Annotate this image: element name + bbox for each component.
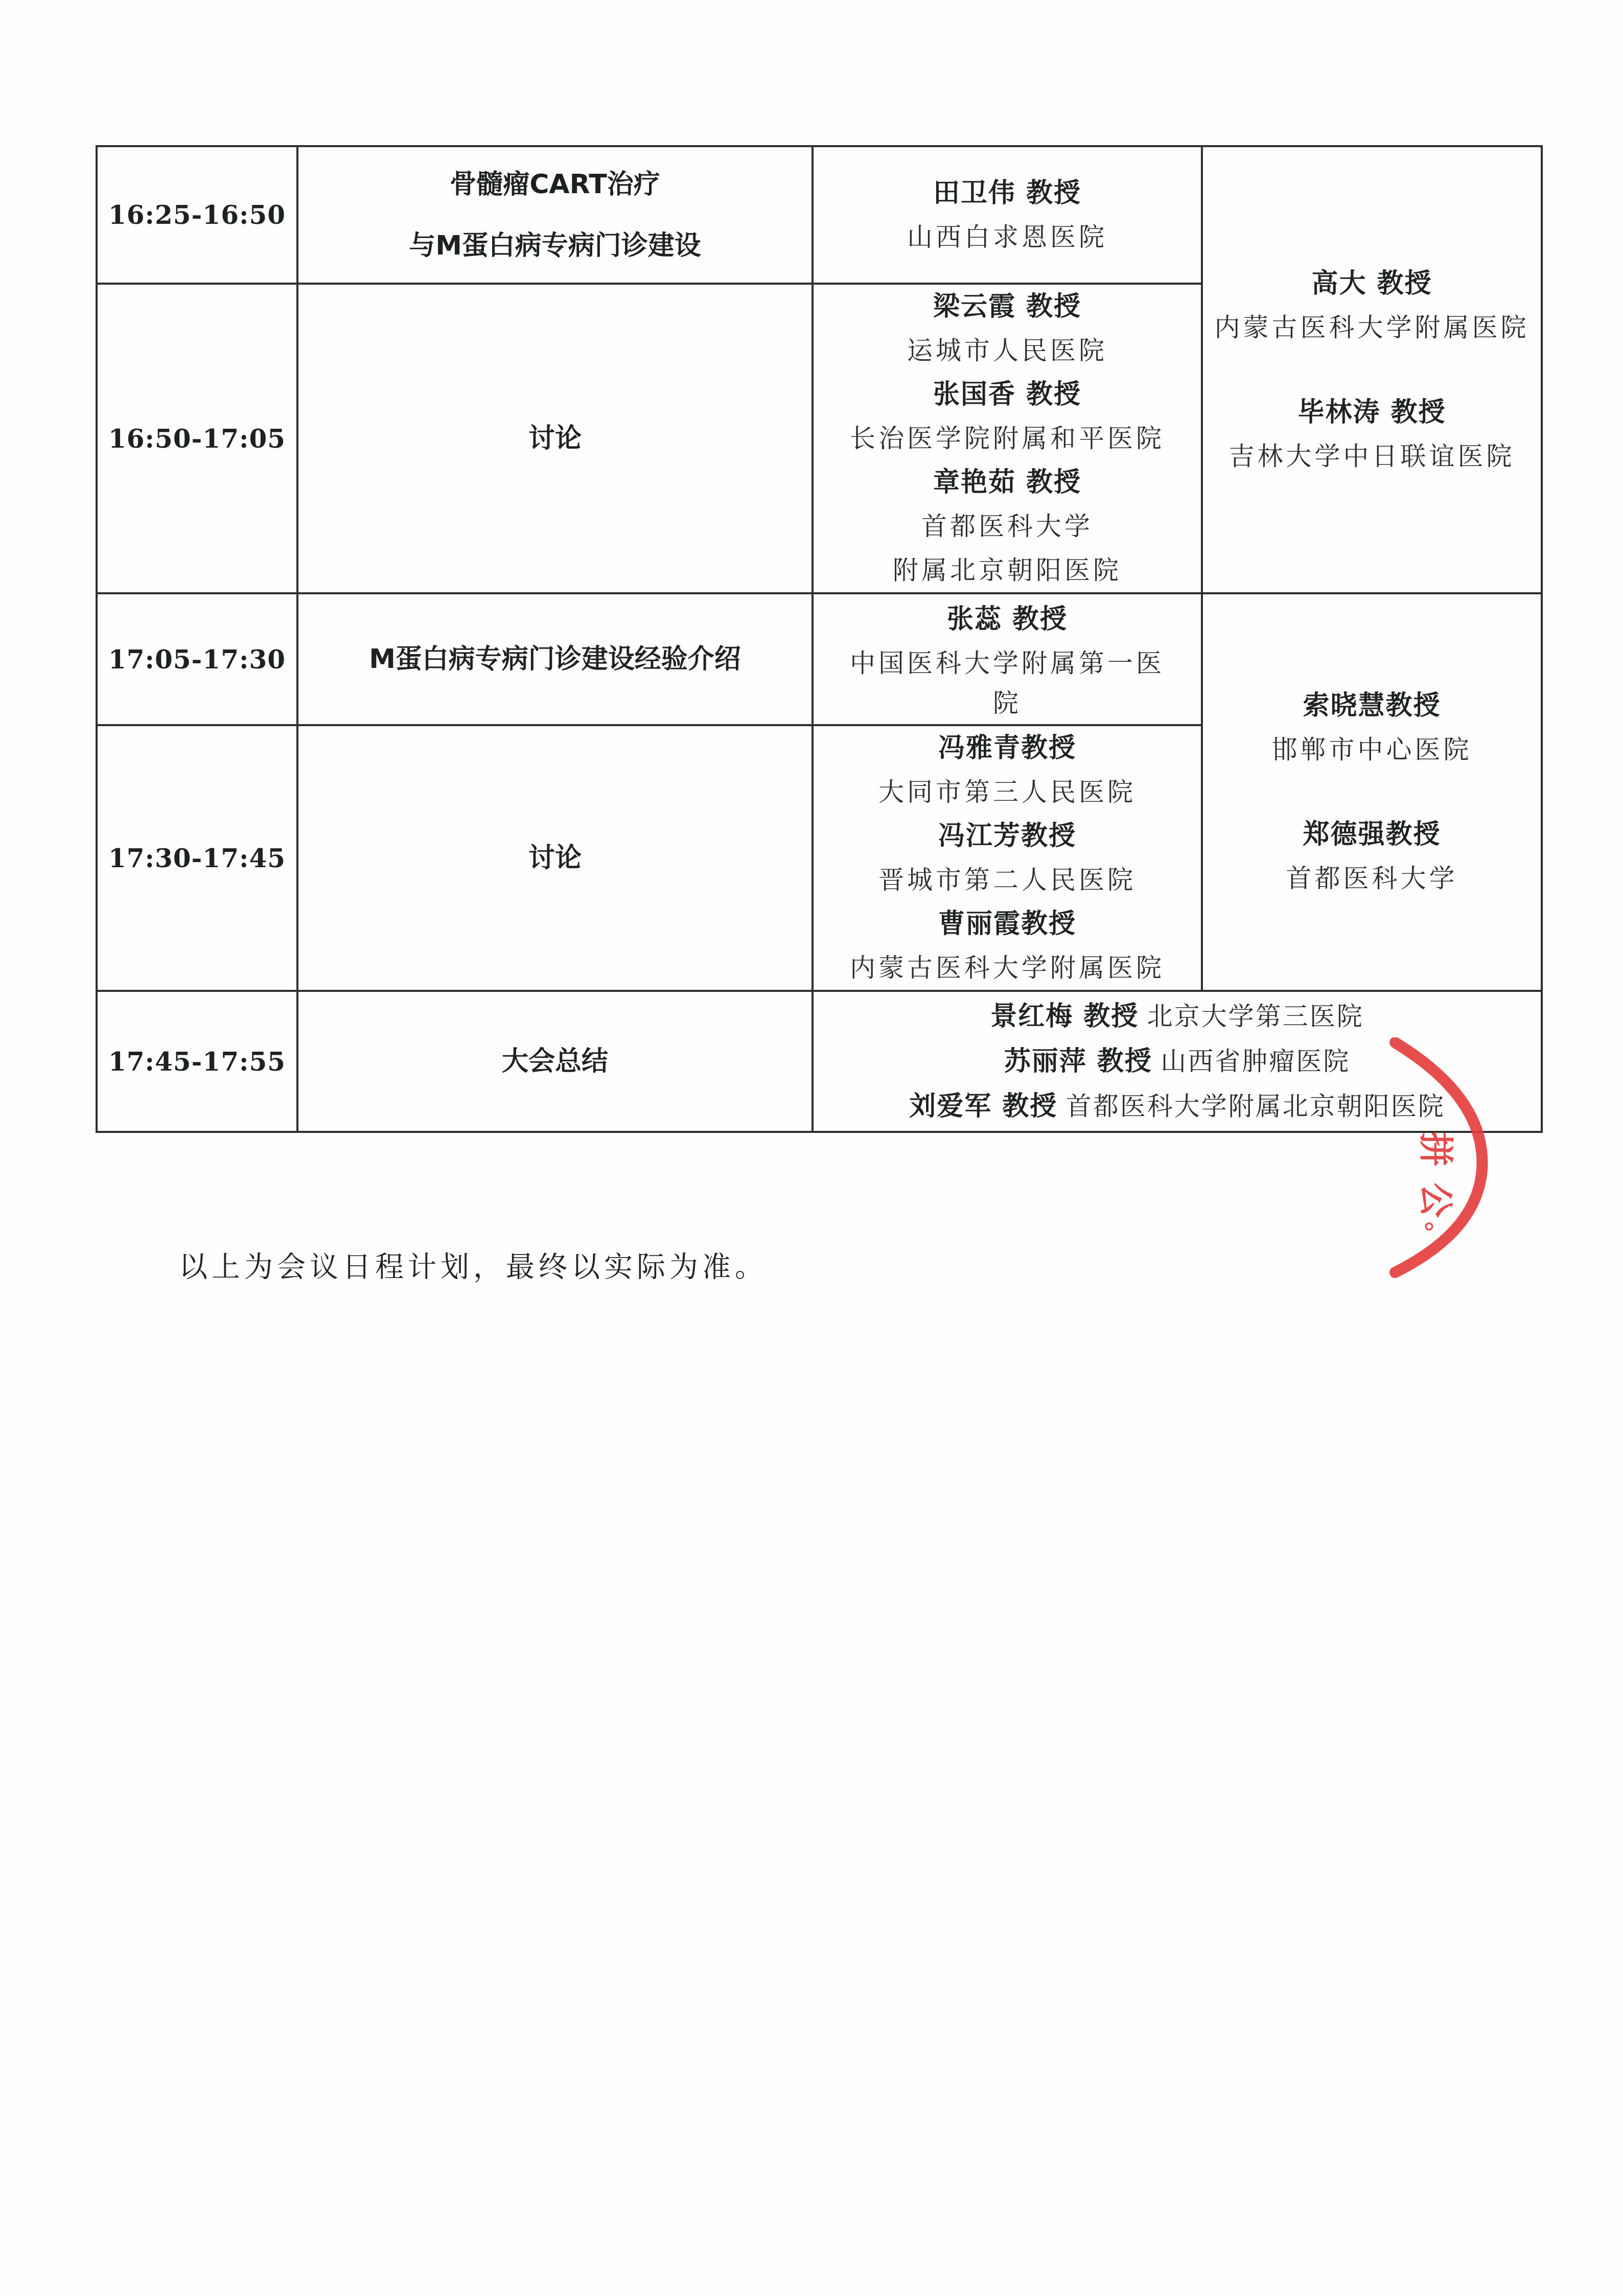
agenda-row: 17:05-17:30 M蛋白病专病门诊建设经验介绍 张蕊 教授 中国医科大学附… <box>97 593 1542 725</box>
chair-cell: 高大 教授 内蒙古医科大学附属医院 毕林涛 教授 吉林大学中日联谊医院 <box>1202 146 1542 593</box>
agenda-row: 16:25-16:50 骨髓瘤CART治疗 与M蛋白病专病门诊建设 田卫伟 教授… <box>97 146 1542 284</box>
speaker-name: 曹丽霞教授 <box>814 902 1201 946</box>
speaker-name: 刘爱军 教授 <box>909 1091 1057 1122</box>
topic-title: M蛋白病专病门诊建设经验介绍 <box>298 629 812 690</box>
summary-speakers-cell: 景红梅 教授 北京大学第三医院 苏丽萍 教授 山西省肿瘤医院 刘爱军 教授 首都… <box>813 991 1542 1132</box>
topic-cell: M蛋白病专病门诊建设经验介绍 <box>297 593 813 725</box>
speaker-institution: 长治医学院附属和平医院 <box>814 416 1201 460</box>
chair-name: 郑德强教授 <box>1203 813 1541 856</box>
topic-title: 讨论 <box>298 408 812 469</box>
speaker-institution: 北京大学第三医院 <box>1147 1002 1364 1031</box>
chair-entry: 高大 教授 内蒙古医科大学附属医院 <box>1203 262 1541 350</box>
chair-name: 高大 教授 <box>1203 262 1541 306</box>
time-cell: 16:25-16:50 <box>97 146 297 284</box>
chair-institution: 吉林大学中日联谊医院 <box>1203 434 1541 478</box>
speaker-institution: 附属北京朝阳医院 <box>814 548 1201 592</box>
topic-title: 讨论 <box>298 827 812 889</box>
speaker-name: 冯江芳教授 <box>814 814 1201 858</box>
agenda-table: 16:25-16:50 骨髓瘤CART治疗 与M蛋白病专病门诊建设 田卫伟 教授… <box>96 145 1543 1133</box>
speaker-cell: 冯雅青教授 大同市第三人民医院 冯江芳教授 晋城市第二人民医院 曹丽霞教授 内蒙… <box>813 725 1202 991</box>
speaker-institution: 首都医科大学附属北京朝阳医院 <box>1066 1092 1445 1121</box>
document-page: 16:25-16:50 骨髓瘤CART治疗 与M蛋白病专病门诊建设 田卫伟 教授… <box>0 0 1623 2296</box>
summary-speaker: 景红梅 教授 北京大学第三医院 <box>814 994 1541 1039</box>
topic-title-line: 与M蛋白病专病门诊建设 <box>298 215 812 276</box>
time-slot: 16:50-17:05 <box>108 424 286 454</box>
speaker-name: 景红梅 教授 <box>990 1001 1139 1032</box>
seal-char: 。 <box>1420 1222 1457 1247</box>
agenda-row: 17:45-17:55 大会总结 景红梅 教授 北京大学第三医院 苏丽萍 教授 … <box>97 991 1542 1132</box>
schedule-footnote: 以上为会议日程计划，最终以实际为准。 <box>179 1244 768 1285</box>
summary-speaker: 刘爱军 教授 首都医科大学附属北京朝阳医院 <box>814 1084 1541 1129</box>
speaker-institution: 山西白求恩医院 <box>814 215 1201 259</box>
speaker-institution: 大同市第三人民医院 <box>814 770 1201 814</box>
seal-char: 公 <box>1413 1182 1463 1217</box>
speaker-institution: 内蒙古医科大学附属医院 <box>814 946 1201 990</box>
topic-cell: 大会总结 <box>297 991 813 1132</box>
chair-institution: 首都医科大学 <box>1203 856 1541 900</box>
speaker-institution: 晋城市第二人民医院 <box>814 858 1201 902</box>
speaker-name: 苏丽萍 教授 <box>1004 1046 1152 1077</box>
chair-name: 毕林涛 教授 <box>1203 390 1541 434</box>
speaker-name: 章艳茹 教授 <box>814 460 1201 504</box>
chair-name: 索晓慧教授 <box>1203 684 1541 728</box>
chair-institution: 内蒙古医科大学附属医院 <box>1203 306 1541 350</box>
speaker-name: 冯雅青教授 <box>814 726 1201 770</box>
chair-entry: 毕林涛 教授 吉林大学中日联谊医院 <box>1203 390 1541 478</box>
speaker-name: 张蕊 教授 <box>814 597 1201 641</box>
speaker-cell: 梁云霞 教授 运城市人民医院 张国香 教授 长治医学院附属和平医院 章艳茹 教授… <box>813 284 1202 593</box>
time-cell: 17:30-17:45 <box>97 725 297 991</box>
time-slot: 17:05-17:30 <box>108 644 286 675</box>
speaker-cell: 田卫伟 教授 山西白求恩医院 <box>813 146 1202 284</box>
speaker-name: 张国香 教授 <box>814 373 1201 416</box>
speaker-institution: 首都医科大学 <box>814 504 1201 548</box>
time-slot: 17:30-17:45 <box>108 843 286 873</box>
speaker-institution: 院 <box>814 685 1201 721</box>
time-cell: 17:45-17:55 <box>97 991 297 1132</box>
time-cell: 16:50-17:05 <box>97 284 297 593</box>
chair-entry: 郑德强教授 首都医科大学 <box>1203 813 1541 900</box>
summary-speaker: 苏丽萍 教授 山西省肿瘤医院 <box>814 1039 1541 1084</box>
chair-entry: 索晓慧教授 邯郸市中心医院 <box>1203 684 1541 772</box>
topic-title: 大会总结 <box>298 1031 812 1092</box>
topic-cell: 讨论 <box>297 725 813 991</box>
time-cell: 17:05-17:30 <box>97 593 297 725</box>
time-slot: 16:25-16:50 <box>108 200 286 230</box>
speaker-name: 梁云霞 教授 <box>814 285 1201 329</box>
chair-institution: 邯郸市中心医院 <box>1203 728 1541 772</box>
topic-cell: 骨髓瘤CART治疗 与M蛋白病专病门诊建设 <box>297 146 813 284</box>
speaker-institution: 山西省肿瘤医院 <box>1161 1047 1350 1076</box>
time-slot: 17:45-17:55 <box>108 1047 286 1077</box>
chair-cell: 索晓慧教授 邯郸市中心医院 郑德强教授 首都医科大学 <box>1202 593 1542 991</box>
speaker-cell: 张蕊 教授 中国医科大学附属第一医 院 <box>813 593 1202 725</box>
topic-title-line: 骨髓瘤CART治疗 <box>298 154 812 215</box>
topic-cell: 讨论 <box>297 284 813 593</box>
speaker-institution: 中国医科大学附属第一医 <box>814 641 1201 685</box>
speaker-name: 田卫伟 教授 <box>814 171 1201 215</box>
seal-char: 拼 <box>1413 1131 1463 1166</box>
speaker-institution: 运城市人民医院 <box>814 329 1201 373</box>
